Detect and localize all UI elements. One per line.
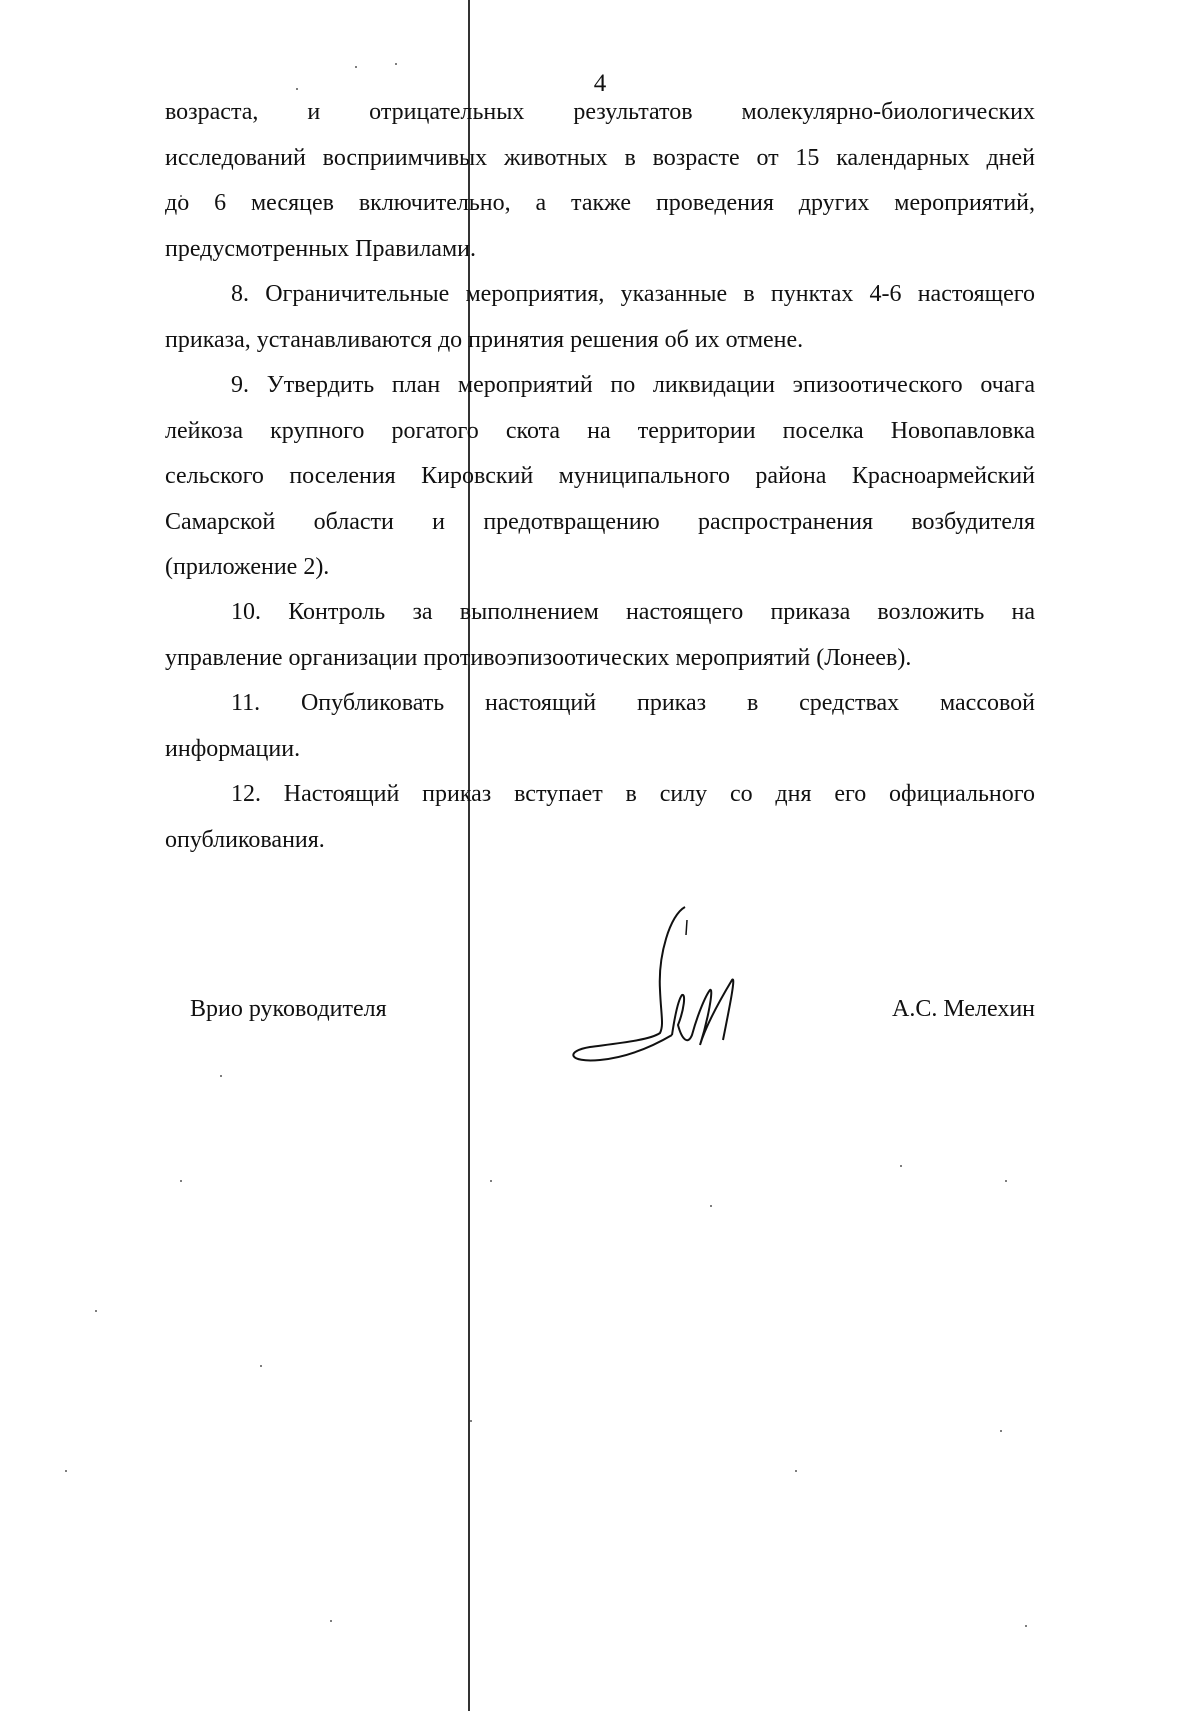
scan-speck	[490, 1180, 492, 1182]
scan-speck	[470, 1420, 472, 1422]
scan-speck	[1005, 1180, 1007, 1182]
paragraph-item-11: 11. Опубликовать настоящий приказ в сред…	[165, 681, 1035, 772]
text-line: управление организации противоэпизоотиче…	[165, 636, 1035, 682]
text-line: опубликования.	[165, 818, 1035, 864]
signatory-name: А.С. Мелехин	[892, 996, 1035, 1023]
text-line: 11. Опубликовать настоящий приказ в сред…	[165, 681, 1035, 727]
scan-speck	[395, 63, 397, 65]
scan-speck	[65, 1470, 67, 1472]
text-line: (приложение 2).	[165, 545, 1035, 591]
scan-speck	[330, 1620, 332, 1622]
scan-speck	[900, 1165, 902, 1167]
scan-speck	[795, 1470, 797, 1472]
paragraph-item-12: 12. Настоящий приказ вступает в силу со …	[165, 772, 1035, 863]
signatory-position: Врио руководителя	[190, 996, 387, 1023]
text-line: исследований восприимчивых животных в во…	[165, 136, 1035, 182]
paragraph-item-10: 10. Контроль за выполнением настоящего п…	[165, 590, 1035, 681]
paragraph-item-9: 9. Утвердить план мероприятий по ликвида…	[165, 363, 1035, 591]
text-line: 8. Ограничительные мероприятия, указанны…	[165, 272, 1035, 318]
text-line: приказа, устанавливаются до принятия реш…	[165, 318, 1035, 364]
scan-speck	[260, 1365, 262, 1367]
text-line: предусмотренных Правилами.	[165, 227, 1035, 273]
scan-speck	[296, 88, 298, 90]
scan-speck	[1025, 1625, 1027, 1627]
paragraph-item-8: 8. Ограничительные мероприятия, указанны…	[165, 272, 1035, 363]
text-line: лейкоза крупного рогатого скота на терри…	[165, 409, 1035, 455]
text-line: возраста, и отрицательных результатов мо…	[165, 90, 1035, 136]
scan-speck	[355, 66, 357, 68]
paragraph-continuation: возраста, и отрицательных результатов мо…	[165, 90, 1035, 272]
text-line: 10. Контроль за выполнением настоящего п…	[165, 590, 1035, 636]
text-line: сельского поселения Кировский муниципаль…	[165, 454, 1035, 500]
text-line: информации.	[165, 727, 1035, 773]
scan-speck	[180, 195, 182, 197]
handwritten-signature	[560, 895, 760, 1065]
scan-speck	[180, 1180, 182, 1182]
text-line: Самарской области и предотвращению распр…	[165, 500, 1035, 546]
text-line: до 6 месяцев включительно, а также прове…	[165, 181, 1035, 227]
scan-speck	[95, 1310, 97, 1312]
text-line: 9. Утвердить план мероприятий по ликвида…	[165, 363, 1035, 409]
scan-speck	[1000, 1430, 1002, 1432]
scan-speck	[220, 1075, 222, 1077]
scan-speck	[710, 1205, 712, 1207]
text-line: 12. Настоящий приказ вступает в силу со …	[165, 772, 1035, 818]
